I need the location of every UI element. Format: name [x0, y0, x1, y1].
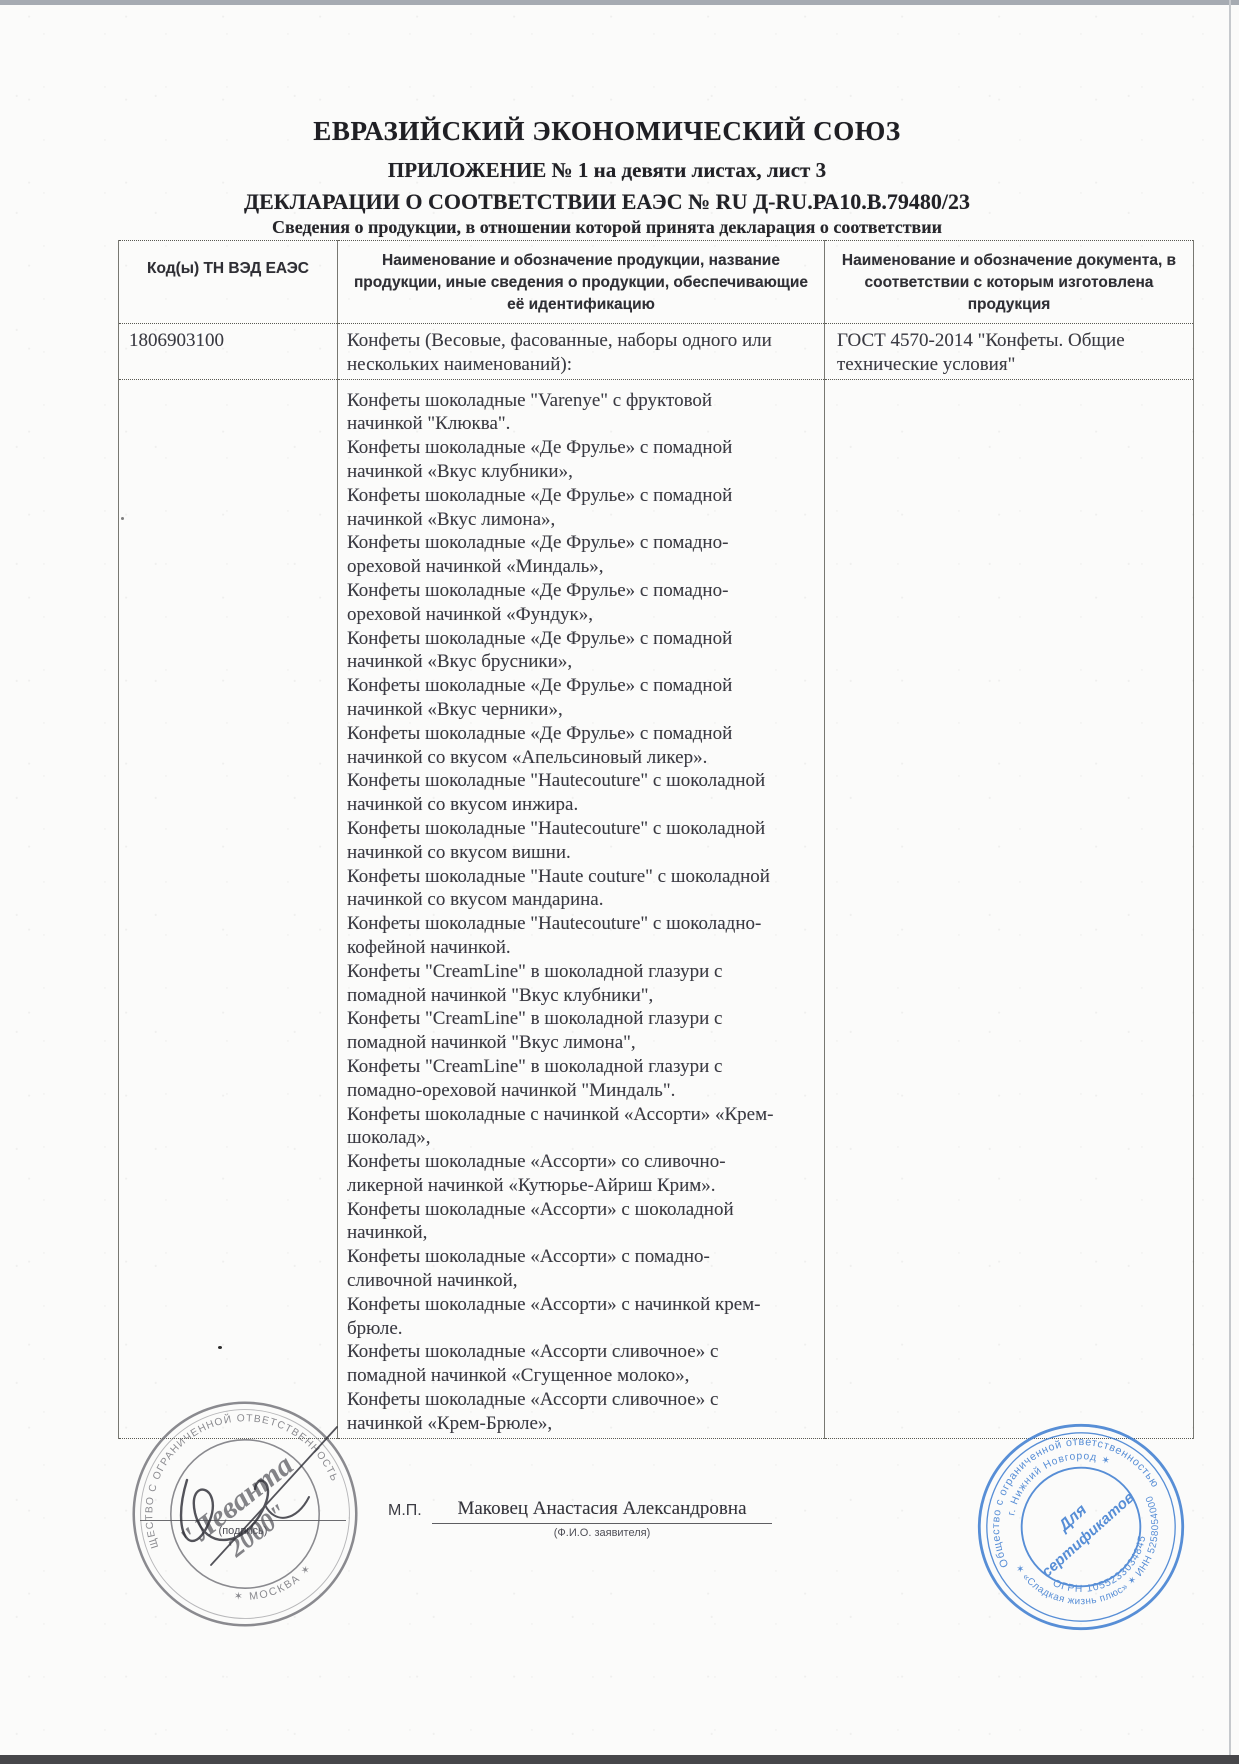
product-item: Конфеты шоколадные "Varenye" с фруктовой… [347, 389, 786, 437]
product-item: Конфеты шоколадные «Де Фрулье» с помадно… [347, 436, 786, 484]
product-item: Конфеты шоколадные «Ассорти сливочное» с… [347, 1340, 786, 1388]
signature-loops [181, 1480, 268, 1541]
signature-stroke [211, 1427, 337, 1565]
column-header-code: Код(ы) ТН ВЭД ЕАЭС [119, 241, 338, 324]
scanned-declaration-page: { "header": { "union": "ЕВРАЗИЙСКИЙ ЭКОН… [0, 0, 1239, 1764]
tnved-code-cell: 1806903100 [119, 324, 338, 380]
product-item: Конфеты шоколадные "Hautecouture" с шоко… [347, 817, 786, 865]
declaration-number: ДЕКЛАРАЦИИ О СООТВЕТСТВИИ ЕАЭС № RU Д-RU… [0, 189, 1214, 215]
product-item: Конфеты шоколадные «Де Фрулье» с помадно… [347, 722, 786, 770]
product-item: Конфеты "CreamLine" в шоколадной глазури… [347, 1055, 786, 1103]
product-list-cell: Конфеты шоколадные "Varenye" с фруктовой… [338, 379, 825, 1438]
product-group-cell: Конфеты (Весовые, фасованные, наборы одн… [338, 324, 825, 380]
scan-top-band [0, 0, 1239, 5]
column-header-product: Наименование и обозначение продукции, на… [338, 241, 825, 324]
product-item: Конфеты шоколадные «Ассорти» с начинкой … [347, 1293, 786, 1341]
scan-right-edge [1229, 0, 1231, 1764]
products-table: Код(ы) ТН ВЭД ЕАЭС Наименование и обозна… [118, 240, 1194, 1439]
product-item: Конфеты шоколадные «Ассорти» с шоколадно… [347, 1198, 786, 1246]
product-item: Конфеты шоколадные «Де Фрулье» с помадно… [347, 627, 786, 675]
product-item: Конфеты шоколадные "Hautecouture" с шоко… [347, 912, 786, 960]
product-item: Конфеты шоколадные "Hautecouture" с шоко… [347, 769, 786, 817]
table-row: 1806903100 Конфеты (Весовые, фасованные,… [119, 324, 1194, 380]
column-header-document: Наименование и обозначение документа, в … [825, 241, 1194, 324]
product-item: Конфеты шоколадные «Де Фрулье» с помадно… [347, 531, 786, 579]
annex-subtitle: ПРИЛОЖЕНИЕ № 1 на девяти листах, лист 3 [0, 158, 1214, 183]
product-item: Конфеты шоколадные «Де Фрулье» с помадно… [347, 674, 786, 722]
product-item: Конфеты шоколадные «Ассорти» со сливочно… [347, 1150, 786, 1198]
stamp-place-label: М.П. [388, 1502, 422, 1520]
product-item: Конфеты "CreamLine" в шоколадной глазури… [347, 960, 786, 1008]
product-item: Конфеты шоколадные «Ассорти сливочное» с… [347, 1388, 786, 1436]
empty-code-cell [119, 379, 338, 1438]
product-item: Конфеты шоколадные «Де Фрулье» с помадно… [347, 579, 786, 627]
scan-bottom-band [0, 1755, 1239, 1764]
product-item: Конфеты "CreamLine" в шоколадной глазури… [347, 1007, 786, 1055]
empty-document-cell [825, 379, 1194, 1438]
page-title: ЕВРАЗИЙСКИЙ ЭКОНОМИЧЕСКИЙ СОЮЗ [0, 116, 1214, 147]
applicant-name-caption: (Ф.И.О. заявителя) [432, 1527, 772, 1539]
product-item: Конфеты шоколадные «Ассорти» с помадно-с… [347, 1245, 786, 1293]
product-item: Конфеты шоколадные "Haute couture" с шок… [347, 865, 786, 913]
table-caption: Сведения о продукции, в отношении которо… [0, 217, 1214, 238]
table-header-row: Код(ы) ТН ВЭД ЕАЭС Наименование и обозна… [119, 241, 1194, 324]
applicant-name: Маковец Анастасия Александровна [432, 1498, 772, 1524]
handwritten-signature [115, 1385, 385, 1635]
gost-document-cell: ГОСТ 4570-2014 "Конфеты. Общие техническ… [825, 324, 1194, 380]
product-item: Конфеты шоколадные «Де Фрулье» с помадно… [347, 484, 786, 532]
signature-tail [265, 1497, 309, 1518]
table-row: Конфеты шоколадные "Varenye" с фруктовой… [119, 379, 1194, 1438]
product-item: Конфеты шоколадные с начинкой «Ассорти» … [347, 1103, 786, 1151]
